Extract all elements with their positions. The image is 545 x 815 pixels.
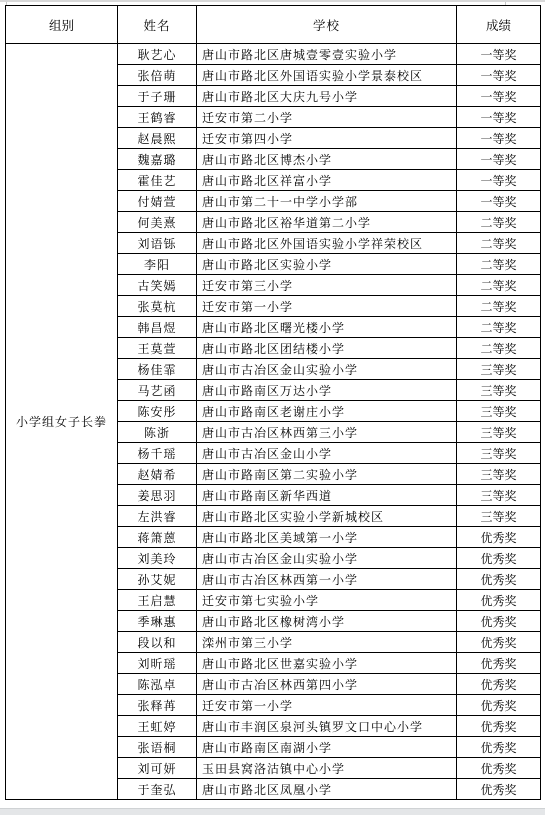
name-cell: 杨千瑶 — [118, 443, 197, 464]
name-cell: 张语桐 — [118, 737, 197, 758]
header-row: 组别 姓名 学校 成绩 — [6, 6, 541, 44]
school-cell: 唐山市路北区外国语实验小学景泰校区 — [197, 65, 457, 86]
school-cell: 迁安市第七实验小学 — [197, 590, 457, 611]
result-cell: 二等奖 — [457, 317, 541, 338]
school-cell: 唐山市路北区祥富小学 — [197, 170, 457, 191]
group-cell: 小学组女子长拳 — [6, 44, 118, 800]
result-cell: 优秀奖 — [457, 569, 541, 590]
name-cell: 王鹤睿 — [118, 107, 197, 128]
school-cell: 唐山市路南区新华西道 — [197, 485, 457, 506]
name-cell: 孙艾妮 — [118, 569, 197, 590]
school-cell: 迁安市第三小学 — [197, 275, 457, 296]
page-bottom-edge — [0, 808, 545, 815]
name-cell: 耿艺心 — [118, 44, 197, 65]
name-cell: 刘语铄 — [118, 233, 197, 254]
school-cell: 唐山市古冶区林西第四小学 — [197, 674, 457, 695]
name-cell: 韩昌煜 — [118, 317, 197, 338]
result-cell: 优秀奖 — [457, 674, 541, 695]
school-cell: 唐山市路北区橡树湾小学 — [197, 611, 457, 632]
school-cell: 唐山市路北区裕华道第二小学 — [197, 212, 457, 233]
school-cell: 唐山市路北区唐城壹零壹实验小学 — [197, 44, 457, 65]
school-cell: 唐山市路南区万达小学 — [197, 380, 457, 401]
result-cell: 优秀奖 — [457, 632, 541, 653]
name-cell: 魏嘉璐 — [118, 149, 197, 170]
school-cell: 唐山市路北区曙光楼小学 — [197, 317, 457, 338]
name-cell: 季琳惠 — [118, 611, 197, 632]
result-cell: 优秀奖 — [457, 527, 541, 548]
name-cell: 于子珊 — [118, 86, 197, 107]
school-cell: 唐山市古冶区林西第三小学 — [197, 422, 457, 443]
school-cell: 唐山市路北区外国语实验小学祥荣校区 — [197, 233, 457, 254]
name-cell: 刘昕瑶 — [118, 653, 197, 674]
school-cell: 唐山市路北区团结楼小学 — [197, 338, 457, 359]
name-cell: 古笑嫣 — [118, 275, 197, 296]
result-cell: 二等奖 — [457, 296, 541, 317]
school-cell: 唐山市路北区凤凰小学 — [197, 779, 457, 800]
school-cell: 唐山市路北区美域第一小学 — [197, 527, 457, 548]
result-cell: 优秀奖 — [457, 548, 541, 569]
result-cell: 三等奖 — [457, 380, 541, 401]
header-school: 学校 — [197, 6, 457, 44]
school-cell: 迁安市第四小学 — [197, 128, 457, 149]
name-cell: 杨佳霏 — [118, 359, 197, 380]
table-body: 小学组女子长拳耿艺心唐山市路北区唐城壹零壹实验小学一等奖张倍萌唐山市路北区外国语… — [6, 44, 541, 800]
name-cell: 何美熹 — [118, 212, 197, 233]
school-cell: 迁安市第一小学 — [197, 296, 457, 317]
table-row: 小学组女子长拳耿艺心唐山市路北区唐城壹零壹实验小学一等奖 — [6, 44, 541, 65]
result-cell: 二等奖 — [457, 233, 541, 254]
result-cell: 三等奖 — [457, 506, 541, 527]
result-cell: 优秀奖 — [457, 779, 541, 800]
school-cell: 唐山市路南区第二实验小学 — [197, 464, 457, 485]
school-cell: 玉田县窝洛沽镇中心小学 — [197, 758, 457, 779]
name-cell: 陈浙 — [118, 422, 197, 443]
result-cell: 三等奖 — [457, 485, 541, 506]
name-cell: 王虹婷 — [118, 716, 197, 737]
result-cell: 一等奖 — [457, 107, 541, 128]
result-cell: 一等奖 — [457, 44, 541, 65]
name-cell: 赵婧希 — [118, 464, 197, 485]
result-cell: 二等奖 — [457, 338, 541, 359]
name-cell: 张莫杭 — [118, 296, 197, 317]
school-cell: 唐山市第二十一中学小学部 — [197, 191, 457, 212]
school-cell: 唐山市路南区南湖小学 — [197, 737, 457, 758]
name-cell: 刘美玲 — [118, 548, 197, 569]
name-cell: 陈安彤 — [118, 401, 197, 422]
name-cell: 张倍萌 — [118, 65, 197, 86]
name-cell: 赵晨熙 — [118, 128, 197, 149]
school-cell: 唐山市古冶区金山实验小学 — [197, 359, 457, 380]
school-cell: 唐山市路北区世嘉实验小学 — [197, 653, 457, 674]
result-cell: 一等奖 — [457, 170, 541, 191]
school-cell: 迁安市第一小学 — [197, 695, 457, 716]
name-cell: 王莫萱 — [118, 338, 197, 359]
awards-table: 组别 姓名 学校 成绩 小学组女子长拳耿艺心唐山市路北区唐城壹零壹实验小学一等奖… — [5, 5, 541, 800]
school-cell: 唐山市丰润区泉河头镇罗文口中心小学 — [197, 716, 457, 737]
header-group: 组别 — [6, 6, 118, 44]
school-cell: 唐山市路北区博杰小学 — [197, 149, 457, 170]
name-cell: 蒋箫蒽 — [118, 527, 197, 548]
result-cell: 一等奖 — [457, 191, 541, 212]
result-cell: 二等奖 — [457, 212, 541, 233]
name-cell: 马艺函 — [118, 380, 197, 401]
school-cell: 唐山市路北区大庆九号小学 — [197, 86, 457, 107]
name-cell: 左洪睿 — [118, 506, 197, 527]
result-cell: 优秀奖 — [457, 653, 541, 674]
result-cell: 三等奖 — [457, 359, 541, 380]
name-cell: 李阳 — [118, 254, 197, 275]
result-cell: 三等奖 — [457, 464, 541, 485]
school-cell: 唐山市路南区老谢庄小学 — [197, 401, 457, 422]
result-cell: 一等奖 — [457, 149, 541, 170]
result-cell: 三等奖 — [457, 401, 541, 422]
result-cell: 二等奖 — [457, 275, 541, 296]
result-cell: 三等奖 — [457, 443, 541, 464]
header-name: 姓名 — [118, 6, 197, 44]
result-cell: 优秀奖 — [457, 590, 541, 611]
name-cell: 张释苒 — [118, 695, 197, 716]
result-cell: 优秀奖 — [457, 716, 541, 737]
school-cell: 唐山市路北区实验小学 — [197, 254, 457, 275]
result-cell: 三等奖 — [457, 422, 541, 443]
school-cell: 唐山市古冶区金山小学 — [197, 443, 457, 464]
page-top-edge — [0, 0, 545, 2]
result-cell: 一等奖 — [457, 65, 541, 86]
school-cell: 唐山市古冶区林西第一小学 — [197, 569, 457, 590]
result-cell: 优秀奖 — [457, 695, 541, 716]
school-cell: 迁安市第二小学 — [197, 107, 457, 128]
result-cell: 二等奖 — [457, 254, 541, 275]
header-result: 成绩 — [457, 6, 541, 44]
school-cell: 唐山市古冶区金山实验小学 — [197, 548, 457, 569]
result-cell: 一等奖 — [457, 128, 541, 149]
name-cell: 段以和 — [118, 632, 197, 653]
name-cell: 于奎弘 — [118, 779, 197, 800]
result-cell: 优秀奖 — [457, 611, 541, 632]
result-cell: 优秀奖 — [457, 737, 541, 758]
result-cell: 优秀奖 — [457, 758, 541, 779]
name-cell: 陈泓卓 — [118, 674, 197, 695]
result-cell: 一等奖 — [457, 86, 541, 107]
school-cell: 唐山市路北区实验小学新城校区 — [197, 506, 457, 527]
school-cell: 滦州市第三小学 — [197, 632, 457, 653]
name-cell: 霍佳艺 — [118, 170, 197, 191]
name-cell: 姜思羽 — [118, 485, 197, 506]
name-cell: 王启慧 — [118, 590, 197, 611]
name-cell: 付婧萱 — [118, 191, 197, 212]
name-cell: 刘可妍 — [118, 758, 197, 779]
